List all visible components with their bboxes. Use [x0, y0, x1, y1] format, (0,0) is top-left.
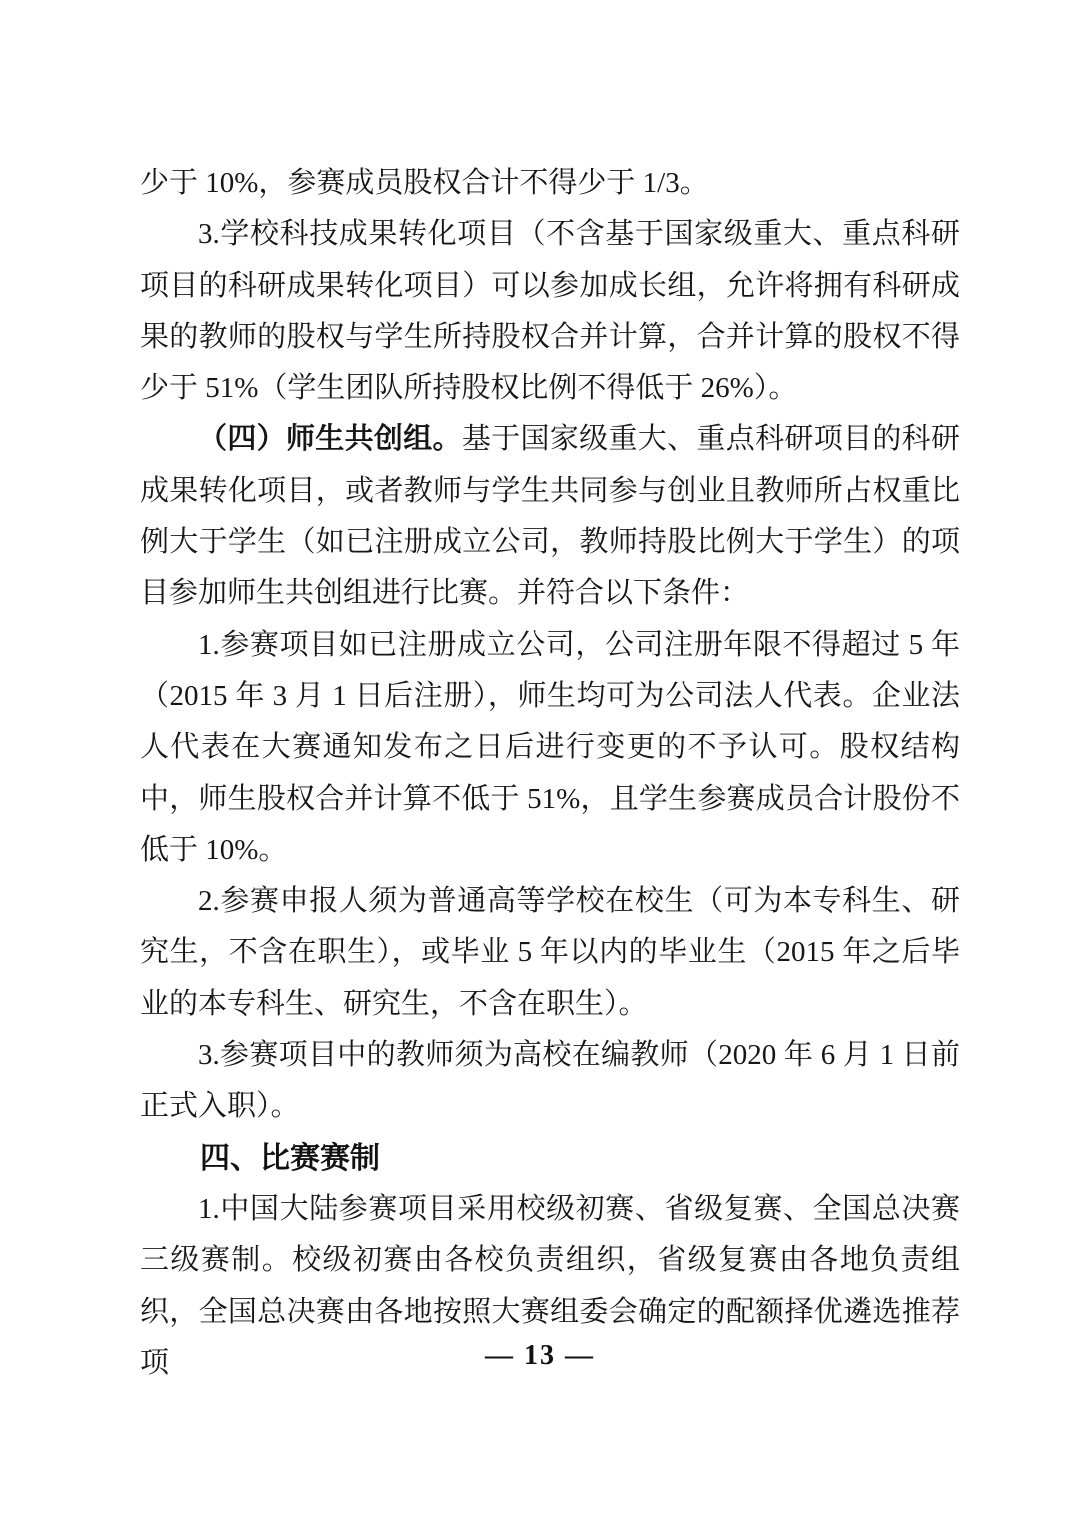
paragraph-item-3-growth-group: 3.学校科技成果转化项目（不含基于国家级重大、重点科研项目的科研成果转化项目）可…	[140, 209, 960, 414]
paragraph-text: 3.学校科技成果转化项目（不含基于国家级重大、重点科研项目的科研成果转化项目）可…	[140, 218, 960, 404]
section-label-bold: （四）师生共创组。	[198, 423, 462, 455]
paragraph-text: 少于 10%，参赛成员股权合计不得少于 1/3。	[140, 167, 709, 199]
section-heading-competition-format: 四、比赛赛制	[140, 1133, 960, 1184]
heading-text: 四、比赛赛制	[200, 1142, 380, 1175]
page-number: — 13 —	[0, 1338, 1080, 1374]
paragraph-condition-3: 3.参赛项目中的教师须为高校在编教师（2020 年 6 月 1 日前正式入职）。	[140, 1030, 960, 1133]
paragraph-condition-1: 1.参赛项目如已注册成立公司，公司注册年限不得超过 5 年（2015 年 3 月…	[140, 620, 960, 876]
paragraph-text: 1.参赛项目如已注册成立公司，公司注册年限不得超过 5 年（2015 年 3 月…	[140, 629, 960, 866]
document-page: 少于 10%，参赛成员股权合计不得少于 1/3。 3.学校科技成果转化项目（不含…	[0, 0, 1080, 1527]
paragraph-text: 2.参赛申报人须为普通高等学校在校生（可为本专科生、研究生，不含在职生），或毕业…	[140, 885, 960, 1020]
paragraph-continuation: 少于 10%，参赛成员股权合计不得少于 1/3。	[140, 158, 960, 209]
page-content: 少于 10%，参赛成员股权合计不得少于 1/3。 3.学校科技成果转化项目（不含…	[140, 158, 960, 1389]
paragraph-section-4-teacher-student-group: （四）师生共创组。基于国家级重大、重点科研项目的科研成果转化项目，或者教师与学生…	[140, 414, 960, 619]
paragraph-condition-2: 2.参赛申报人须为普通高等学校在校生（可为本专科生、研究生，不含在职生），或毕业…	[140, 876, 960, 1030]
paragraph-text: 3.参赛项目中的教师须为高校在编教师（2020 年 6 月 1 日前正式入职）。	[140, 1039, 960, 1122]
